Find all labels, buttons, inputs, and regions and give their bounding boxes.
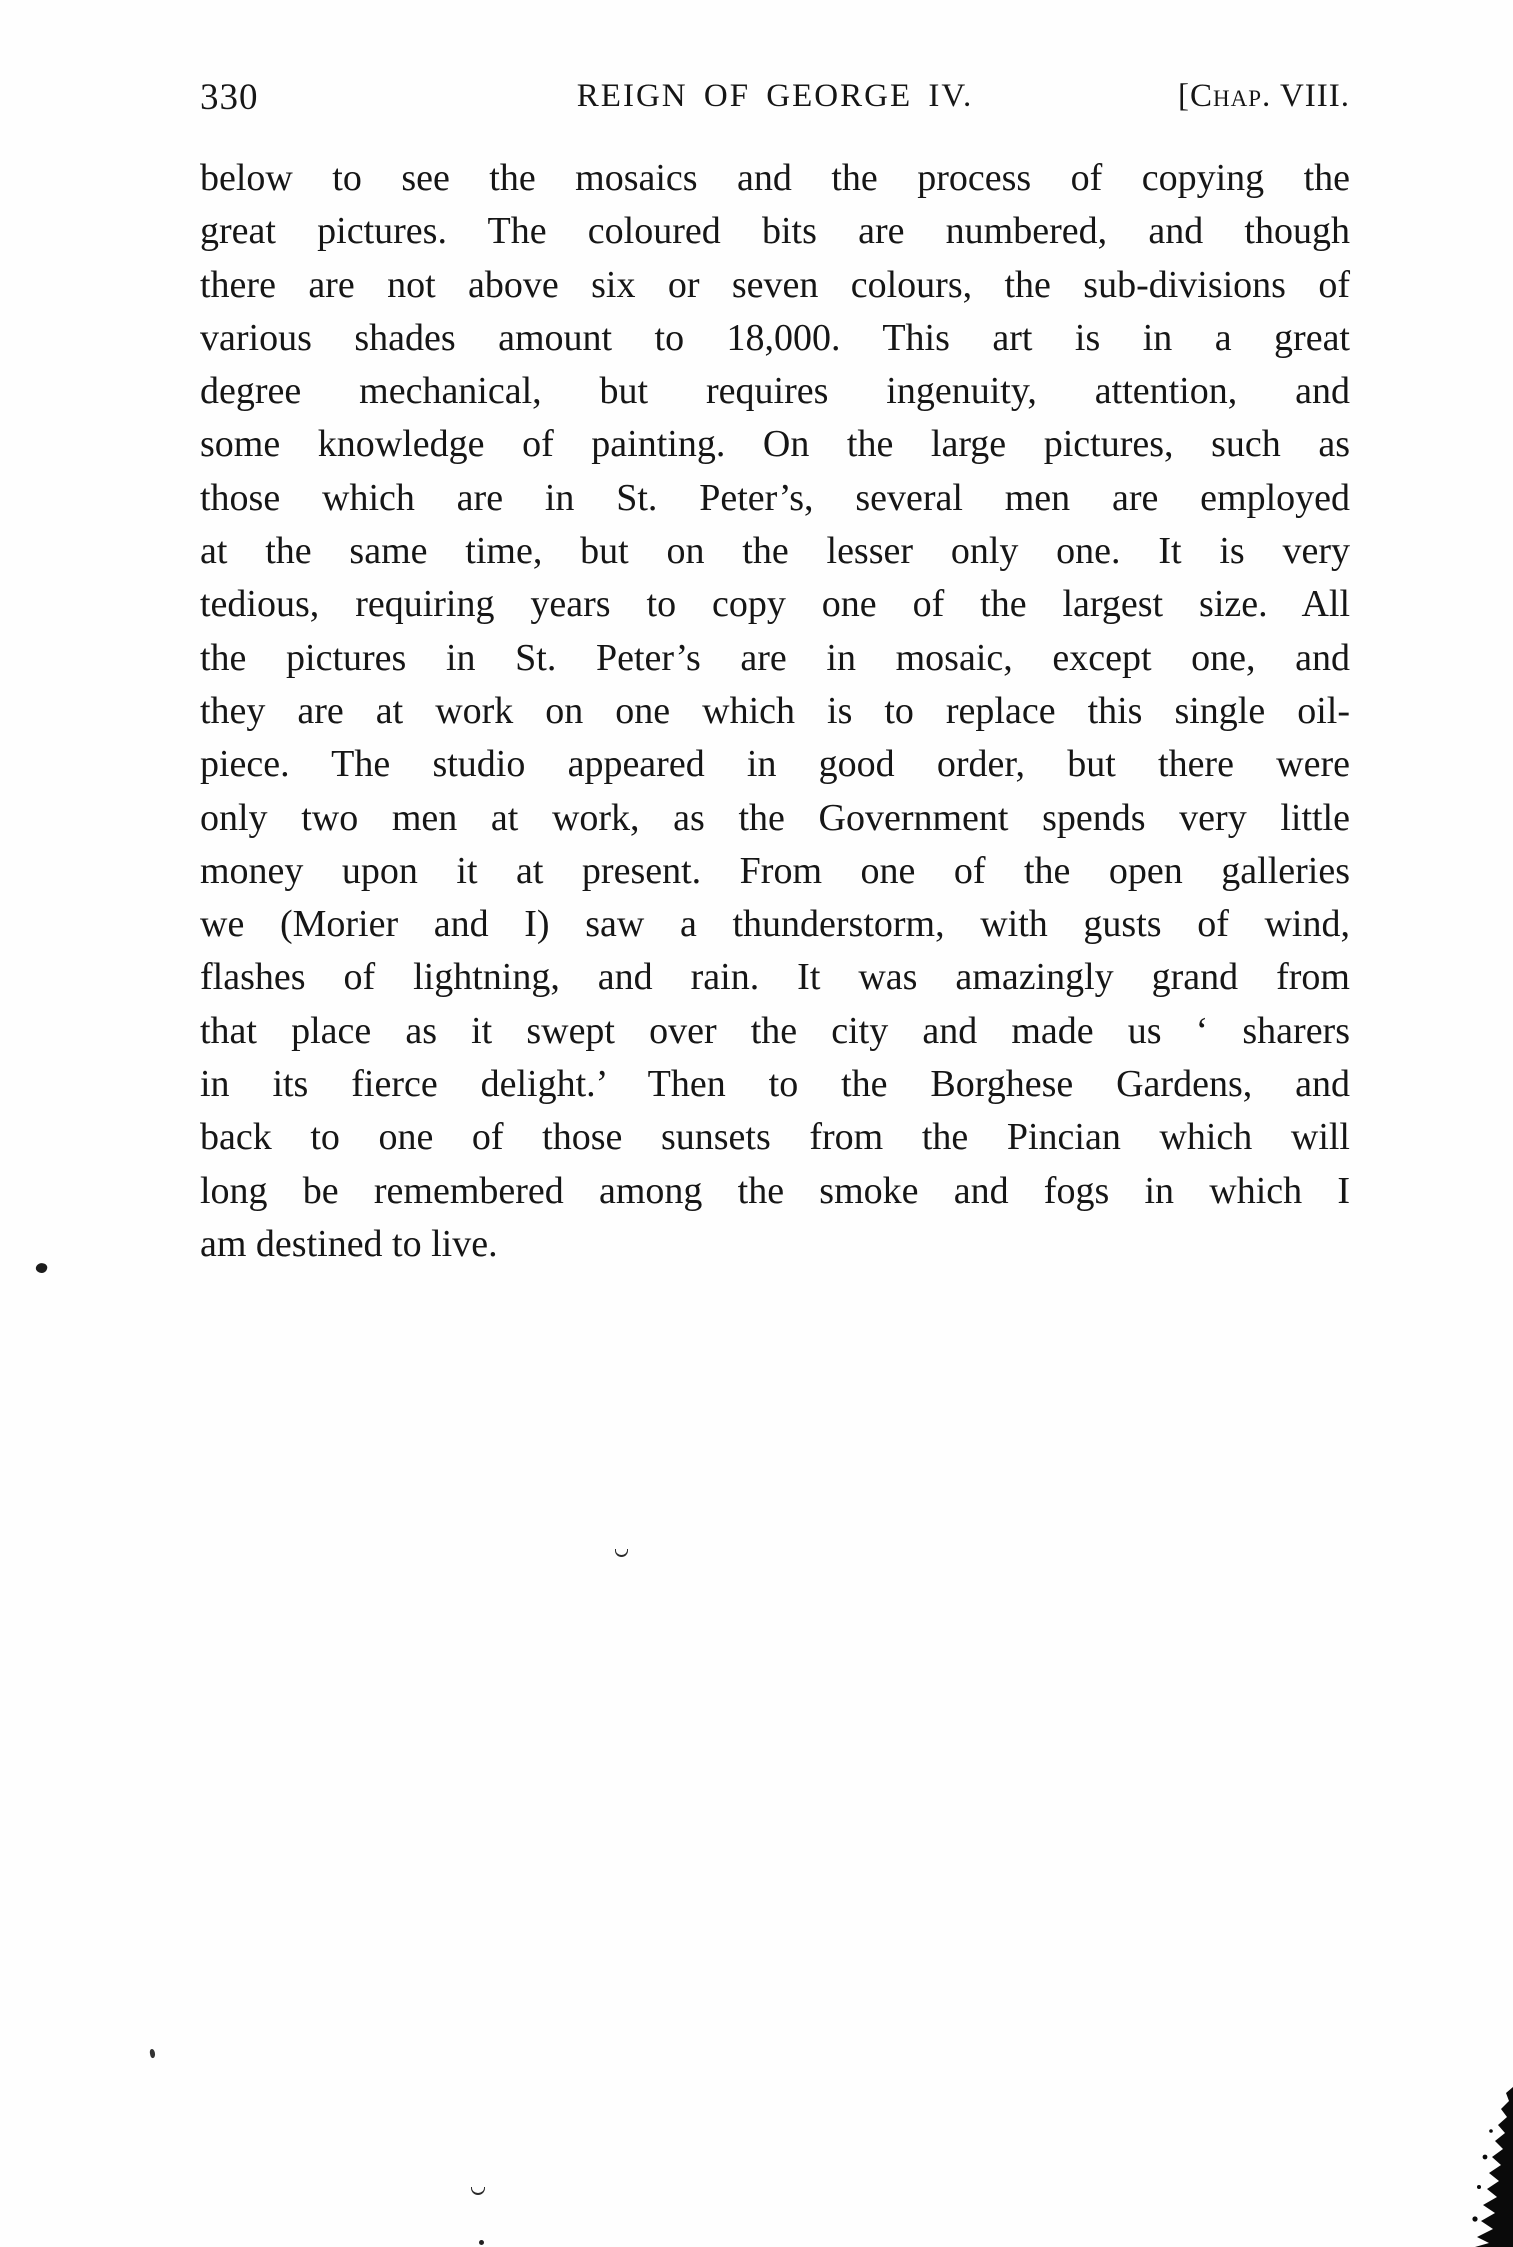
- text-line: there are not above six or seven colours…: [200, 259, 1350, 312]
- text-line: below to see the mosaics and the process…: [200, 152, 1350, 205]
- ink-speck-bottom-center: [471, 2187, 485, 2195]
- ink-dot-bottom-center: [479, 2240, 484, 2245]
- text-line: flashes of lightning, and rain. It was a…: [200, 951, 1350, 1004]
- text-line: those which are in St. Peter’s, several …: [200, 472, 1350, 525]
- ink-speck-mid: [615, 1549, 628, 1557]
- text-line: money upon it at present. From one of th…: [200, 845, 1350, 898]
- book-page-scan: 330 REIGN OF GEORGE IV. [Chap. VIII. bel…: [0, 0, 1513, 2247]
- text-line: some knowledge of painting. On the large…: [200, 418, 1350, 471]
- text-line: they are at work on one which is to repl…: [200, 685, 1350, 738]
- ink-speck-left-margin: [35, 1262, 49, 1275]
- chapter-label: [Chap. VIII.: [1178, 78, 1350, 115]
- text-line: we (Morier and I) saw a thunderstorm, wi…: [200, 898, 1350, 951]
- text-line: only two men at work, as the Government …: [200, 792, 1350, 845]
- text-line: the pictures in St. Peter’s are in mosai…: [200, 632, 1350, 685]
- text-line: degree mechanical, but requires ingenuit…: [200, 365, 1350, 418]
- body-paragraph: below to see the mosaics and the process…: [200, 152, 1350, 1271]
- text-line: back to one of those sunsets from the Pi…: [200, 1111, 1350, 1164]
- text-line: great pictures. The coloured bits are nu…: [200, 205, 1350, 258]
- page-edge-ink-blob: [1465, 2087, 1513, 2247]
- text-line: piece. The studio appeared in good order…: [200, 738, 1350, 791]
- text-line: various shades amount to 18,000. This ar…: [200, 312, 1350, 365]
- page-number: 330: [200, 76, 259, 119]
- text-line: at the same time, but on the lesser only…: [200, 525, 1350, 578]
- ink-speck-lower-left: [149, 2049, 156, 2059]
- running-header: 330 REIGN OF GEORGE IV. [Chap. VIII.: [200, 76, 1350, 120]
- text-line: am destined to live.: [200, 1218, 1350, 1271]
- page-title: REIGN OF GEORGE IV.: [577, 78, 973, 115]
- text-line: tedious, requiring years to copy one of …: [200, 578, 1350, 631]
- text-line: long be remembered among the smoke and f…: [200, 1165, 1350, 1218]
- text-line: in its fierce delight.’ Then to the Borg…: [200, 1058, 1350, 1111]
- text-line: that place as it swept over the city and…: [200, 1005, 1350, 1058]
